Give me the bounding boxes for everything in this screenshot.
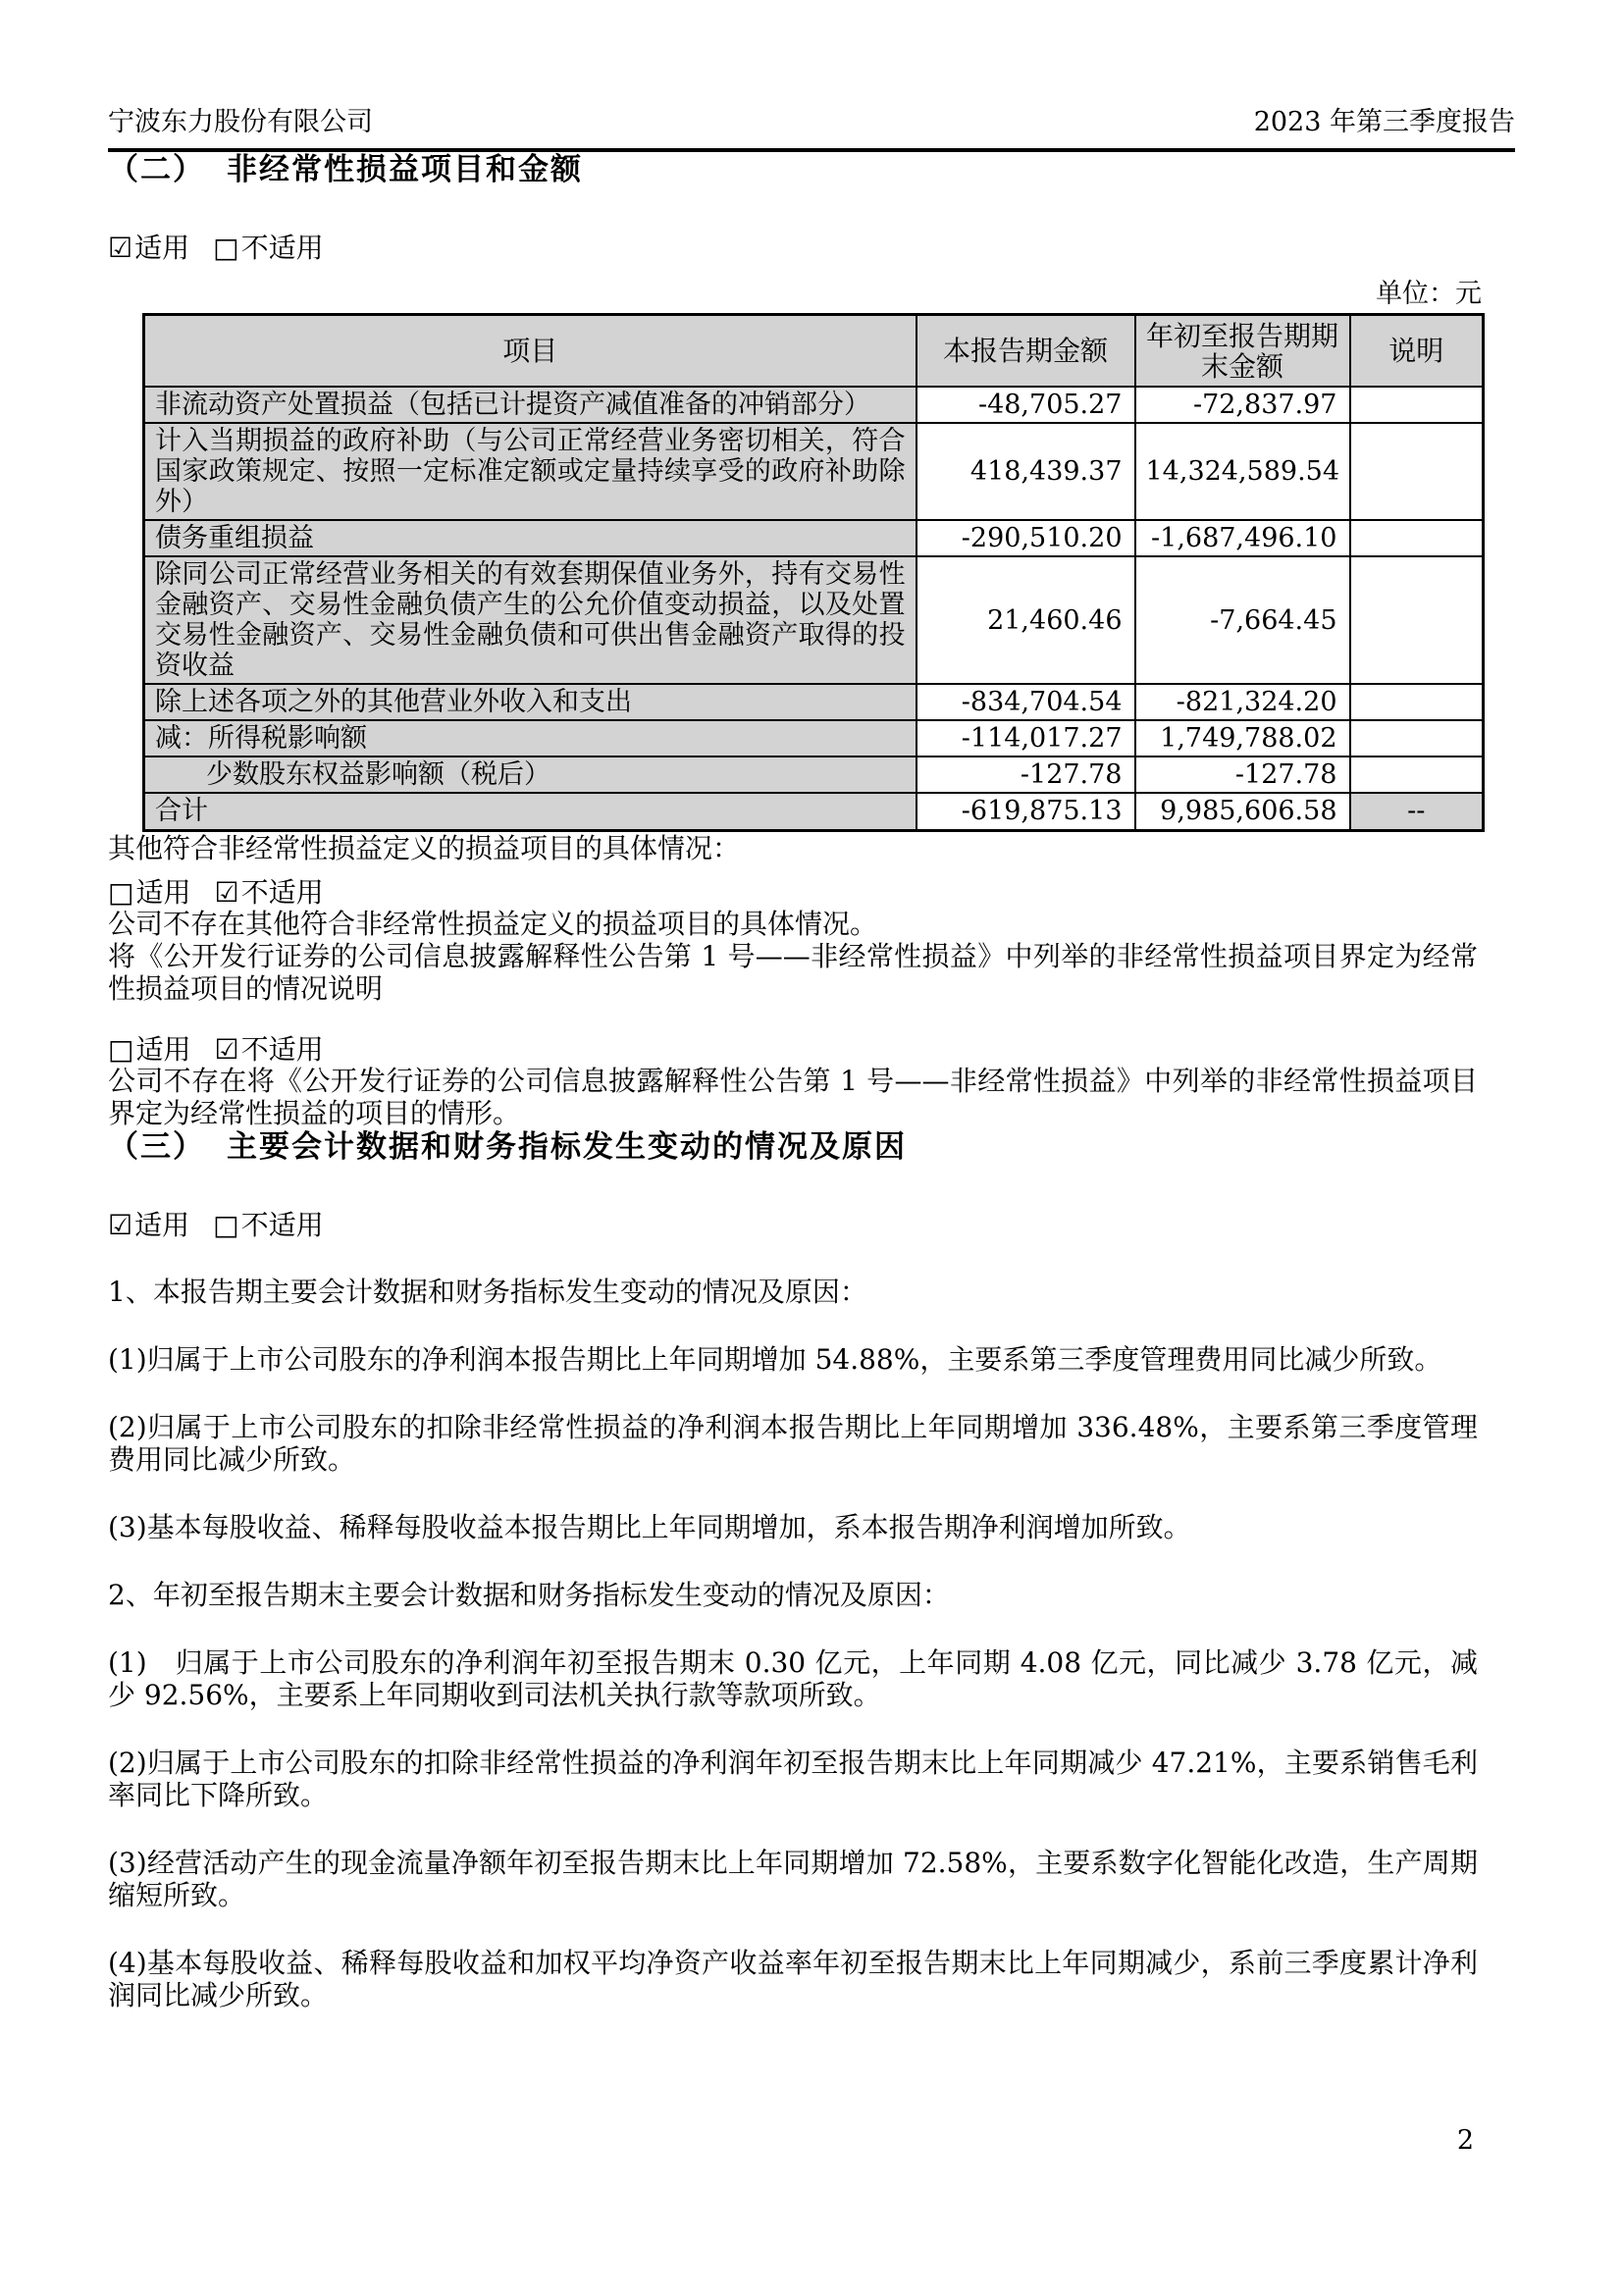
table-row: 除同公司正常经营业务相关的有效套期保值业务外，持有交易性金融资产、交易性金融负债… <box>144 556 1484 684</box>
table-total-row: 合计-619,875.139,985,606.58-- <box>144 793 1484 830</box>
item-cell: 除同公司正常经营业务相关的有效套期保值业务外，持有交易性金融资产、交易性金融负债… <box>144 556 916 684</box>
paragraph: (2)归属于上市公司股东的扣除非经常性损益的净利润本报告期比上年同期增加 336… <box>108 1411 1478 1476</box>
checkbox-option: ☑适用 <box>108 1209 189 1241</box>
current-period-amount-cell: -114,017.27 <box>916 720 1135 757</box>
paragraph: (3)基本每股收益、稀释每股收益本报告期比上年同期增加，系本报告期净利润增加所致… <box>108 1511 1478 1543</box>
current-period-amount-cell: -127.78 <box>916 757 1135 793</box>
non-recurring-items-table: 项目本报告期金额年初至报告期期末金额说明非流动资产处置损益（包括已计提资产减值准… <box>142 313 1485 832</box>
current-period-amount-cell: -290,510.20 <box>916 520 1135 556</box>
note-cell <box>1350 423 1484 520</box>
doc-header-report-title: 2023 年第三季度报告 <box>1254 106 1515 138</box>
note-cell <box>1350 387 1484 423</box>
section2-heading-number: （二） <box>108 152 205 187</box>
column-header: 说明 <box>1350 315 1484 388</box>
checkbox-label: 不适用 <box>241 1033 324 1066</box>
note-cell <box>1350 757 1484 793</box>
note-cell <box>1350 556 1484 684</box>
reclass-intro-paragraph: 将《公开发行证券的公司信息披露解释性公告第 1 号——非经常性损益》中列举的非经… <box>108 940 1478 1005</box>
current-period-amount-cell: -48,705.27 <box>916 387 1135 423</box>
table-row: 债务重组损益-290,510.20-1,687,496.10 <box>144 520 1484 556</box>
section3-heading-number: （三） <box>108 1129 205 1165</box>
section2-heading-title: 非经常性损益项目和金额 <box>227 152 583 187</box>
checkbox-option: ☑适用 <box>108 232 189 264</box>
note-cell: -- <box>1350 793 1484 830</box>
report-page: 宁波东力股份有限公司 2023 年第三季度报告 （二）非经常性损益项目和金额 ☑… <box>0 0 1623 2296</box>
note-cell <box>1350 720 1484 757</box>
checkbox-option: □适用 <box>108 876 190 909</box>
year-to-date-amount-cell: 14,324,589.54 <box>1135 423 1350 520</box>
unit-label: 单位：元 <box>108 279 1482 309</box>
paragraph: (3)经营活动产生的现金流量净额年初至报告期末比上年同期增加 72.58%，主要… <box>108 1847 1478 1911</box>
item-cell: 除上述各项之外的其他营业外收入和支出 <box>144 684 916 720</box>
column-header: 项目 <box>144 315 916 388</box>
applicability-line: □适用☑不适用 <box>108 1034 1515 1065</box>
page-number: 2 <box>1457 2125 1474 2156</box>
item-cell: 少数股东权益影响额（税后） <box>144 757 916 793</box>
other-items-statement-paragraph: 公司不存在其他符合非经常性损益定义的损益项目的具体情况。 <box>108 908 1478 940</box>
current-period-amount-cell: -619,875.13 <box>916 793 1135 830</box>
checkbox-option: ☑不适用 <box>214 1033 323 1066</box>
paragraph: (2)归属于上市公司股东的扣除非经常性损益的净利润年初至报告期末比上年同期减少 … <box>108 1747 1478 1811</box>
item-cell: 非流动资产处置损益（包括已计提资产减值准备的冲销部分） <box>144 387 916 423</box>
unchecked-checkbox-icon: □ <box>213 1209 238 1241</box>
checkbox-label: 不适用 <box>241 232 324 264</box>
current-period-amount-cell: 418,439.37 <box>916 423 1135 520</box>
year-to-date-amount-cell: -72,837.97 <box>1135 387 1350 423</box>
note-cell <box>1350 520 1484 556</box>
table-row: 少数股东权益影响额（税后）-127.78-127.78 <box>144 757 1484 793</box>
section2-heading: （二）非经常性损益项目和金额 <box>108 152 1515 187</box>
applicability-line: ☑适用□不适用 <box>108 1210 1515 1240</box>
table-row: 减：所得税影响额-114,017.271,749,788.02 <box>144 720 1484 757</box>
year-to-date-amount-cell: 1,749,788.02 <box>1135 720 1350 757</box>
section3-heading-title: 主要会计数据和财务指标发生变动的情况及原因 <box>227 1129 907 1165</box>
reclass-statement-paragraph: 公司不存在将《公开发行证券的公司信息披露解释性公告第 1 号——非经常性损益》中… <box>108 1065 1478 1129</box>
checkbox-option: □不适用 <box>213 232 323 264</box>
table-row: 计入当期损益的政府补助（与公司正常经营业务密切相关，符合国家政策规定、按照一定标… <box>144 423 1484 520</box>
year-to-date-amount-cell: -7,664.45 <box>1135 556 1350 684</box>
year-to-date-amount-cell: -1,687,496.10 <box>1135 520 1350 556</box>
checked-checkbox-icon: ☑ <box>214 876 238 909</box>
doc-header: 宁波东力股份有限公司 2023 年第三季度报告 <box>108 106 1515 152</box>
section3-heading: （三）主要会计数据和财务指标发生变动的情况及原因 <box>108 1129 1515 1165</box>
year-to-date-amount-cell: -127.78 <box>1135 757 1350 793</box>
applicability-line: □适用☑不适用 <box>108 877 1515 908</box>
checkbox-label: 不适用 <box>241 876 324 909</box>
current-period-amount-cell: 21,460.46 <box>916 556 1135 684</box>
table-header-row: 项目本报告期金额年初至报告期期末金额说明 <box>144 315 1484 388</box>
item-cell: 债务重组损益 <box>144 520 916 556</box>
paragraph: (1) 归属于上市公司股东的净利润年初至报告期末 0.30 亿元，上年同期 4.… <box>108 1646 1478 1711</box>
unchecked-checkbox-icon: □ <box>108 1033 133 1066</box>
checked-checkbox-icon: ☑ <box>108 232 132 264</box>
column-header: 本报告期金额 <box>916 315 1135 388</box>
note-cell <box>1350 684 1484 720</box>
applicability-line: ☑适用□不适用 <box>108 233 1515 263</box>
current-period-amount-cell: -834,704.54 <box>916 684 1135 720</box>
checkbox-label: 适用 <box>135 1033 190 1066</box>
checkbox-label: 适用 <box>134 232 189 264</box>
unchecked-checkbox-icon: □ <box>108 876 133 909</box>
column-header: 年初至报告期期末金额 <box>1135 315 1350 388</box>
checkbox-label: 适用 <box>134 1209 189 1241</box>
checked-checkbox-icon: ☑ <box>108 1209 132 1241</box>
item-cell: 减：所得税影响额 <box>144 720 916 757</box>
table-row: 除上述各项之外的其他营业外收入和支出-834,704.54-821,324.20 <box>144 684 1484 720</box>
paragraph: (4)基本每股收益、稀释每股收益和加权平均净资产收益率年初至报告期末比上年同期减… <box>108 1947 1478 2011</box>
item-cell: 计入当期损益的政府补助（与公司正常经营业务密切相关，符合国家政策规定、按照一定标… <box>144 423 916 520</box>
other-items-intro-paragraph: 其他符合非经常性损益定义的损益项目的具体情况： <box>108 832 1478 864</box>
year-to-date-amount-cell: -821,324.20 <box>1135 684 1350 720</box>
checkbox-label: 不适用 <box>241 1209 324 1241</box>
checkbox-option: □适用 <box>108 1033 190 1066</box>
checkbox-option: ☑不适用 <box>214 876 323 909</box>
paragraph: (1)归属于上市公司股东的净利润本报告期比上年同期增加 54.88%，主要系第三… <box>108 1343 1478 1376</box>
checkbox-option: □不适用 <box>213 1209 323 1241</box>
year-to-date-amount-cell: 9,985,606.58 <box>1135 793 1350 830</box>
checkbox-label: 适用 <box>135 876 190 909</box>
paragraph: 1、本报告期主要会计数据和财务指标发生变动的情况及原因： <box>108 1276 1478 1308</box>
section3-paragraphs: 1、本报告期主要会计数据和财务指标发生变动的情况及原因：(1)归属于上市公司股东… <box>108 1276 1515 2011</box>
table-row: 非流动资产处置损益（包括已计提资产减值准备的冲销部分）-48,705.27-72… <box>144 387 1484 423</box>
item-cell: 合计 <box>144 793 916 830</box>
doc-header-company: 宁波东力股份有限公司 <box>108 106 373 138</box>
unchecked-checkbox-icon: □ <box>213 232 238 264</box>
paragraph: 2、年初至报告期末主要会计数据和财务指标发生变动的情况及原因： <box>108 1579 1478 1611</box>
checked-checkbox-icon: ☑ <box>214 1033 238 1066</box>
